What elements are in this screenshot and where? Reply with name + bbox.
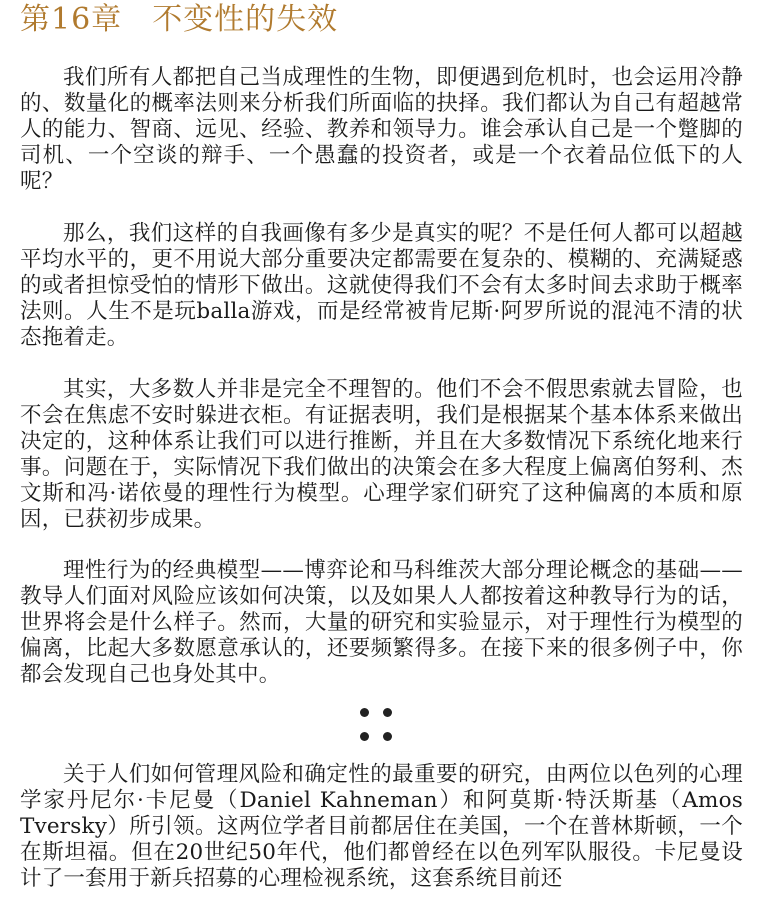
separator-dot — [383, 732, 392, 741]
chapter-heading: 第16章不变性的失效 — [20, 0, 743, 38]
separator-dot — [360, 708, 369, 717]
paragraph-2: 那么，我们这样的自我画像有多少是真实的呢？不是任何人都可以超越平均水平的，更不用… — [20, 221, 743, 351]
chapter-number: 第16章 — [20, 2, 122, 37]
book-page: 第16章不变性的失效 我们所有人都把自己当成理性的生物，即便遇到危机时，也会运用… — [0, 0, 763, 892]
paragraph-5: 关于人们如何管理风险和确定性的最重要的研究，由两位以色列的心理学家丹尼尔·卡尼曼… — [20, 762, 743, 892]
paragraph-1: 我们所有人都把自己当成理性的生物，即便遇到危机时，也会运用冷静的、数量化的概率法… — [20, 65, 743, 195]
separator-dot — [383, 708, 392, 717]
chapter-title: 不变性的失效 — [152, 2, 338, 37]
separator-dot — [360, 732, 369, 741]
section-separator-icon — [358, 706, 398, 746]
paragraph-3: 其实，大多数人并非是完全不理智的。他们不会不假思索就去冒险，也不会在焦虑不安时躲… — [20, 377, 743, 533]
paragraph-4: 理性行为的经典模型——博弈论和马科维茨大部分理论概念的基础——教导人们面对风险应… — [20, 558, 743, 688]
